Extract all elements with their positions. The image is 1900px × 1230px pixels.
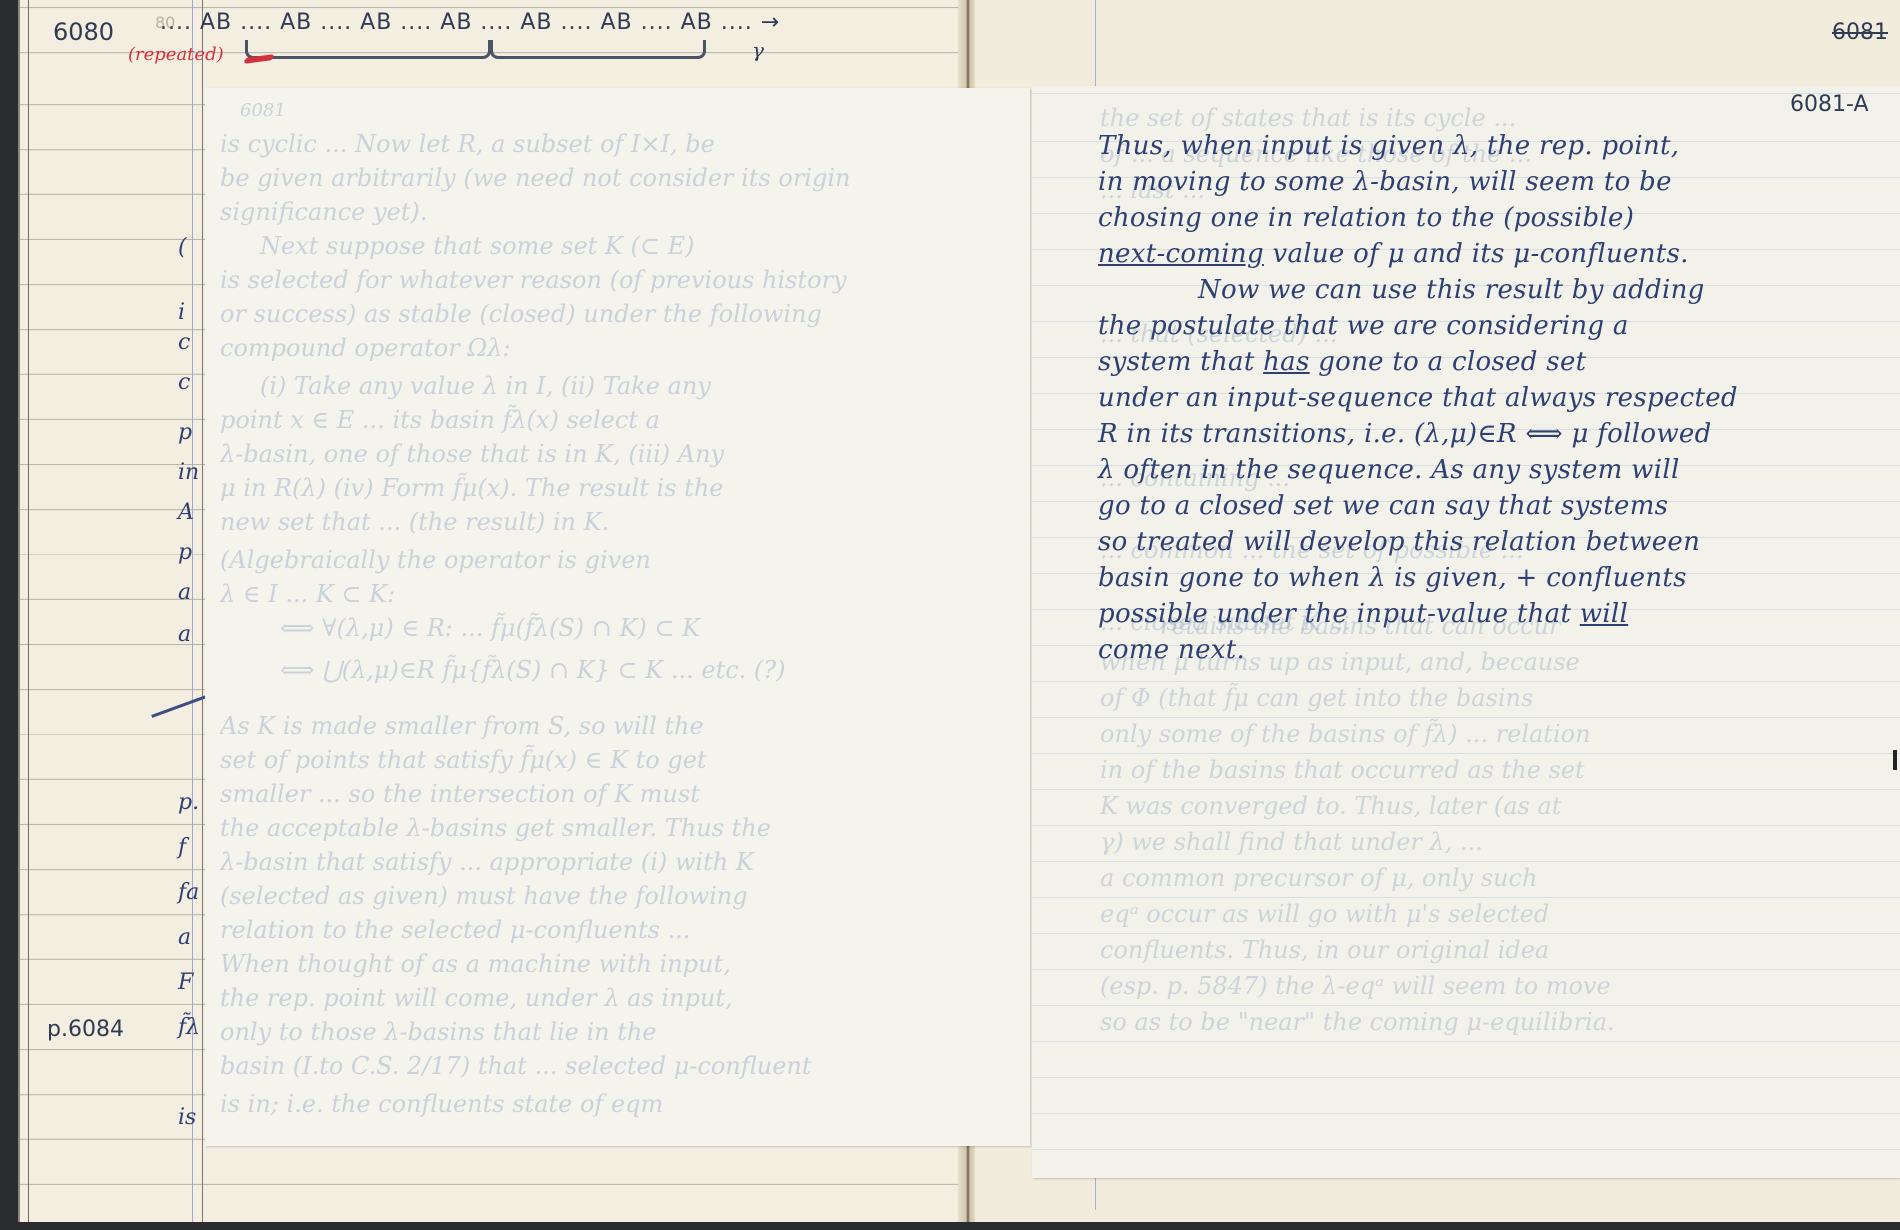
margin-fragment: is xyxy=(178,1105,196,1130)
ghost-line: When thought of as a machine with input, xyxy=(220,950,731,978)
margin-fragment: ( xyxy=(178,235,187,260)
red-repeated-annotation: (repeated) xyxy=(128,44,224,65)
ghost-line: (esp. p. 5847) the λ-eqᵃ will seem to mo… xyxy=(1100,972,1611,1000)
ghost-line: λ-basin, one of those that is in K, (iii… xyxy=(220,440,724,468)
margin-fragment: f xyxy=(178,835,186,860)
left-sheet-bleedthrough-text: 6081 is cyclic ... Now let R, a subset o… xyxy=(220,100,1020,1140)
margin-fragment: a xyxy=(178,925,191,950)
text-line: the postulate that we are considering a xyxy=(1098,308,1888,344)
margin-fragment: a xyxy=(178,580,191,605)
ghost-line: so as to be "near" the coming μ-equilibr… xyxy=(1100,1008,1615,1036)
margin-fragment: c xyxy=(178,370,190,395)
ghost-line: new set that ... (the result) in K. xyxy=(220,508,609,536)
ghost-line: confluents. Thus, in our original idea xyxy=(1100,936,1549,964)
ghost-line: λ ∈ I ... K ⊂ K: xyxy=(220,580,395,608)
ghost-line: is in; i.e. the confluents state of eqm xyxy=(220,1090,663,1118)
ghost-line: set of points that satisfy f̃μ(x) ∈ K to… xyxy=(220,746,707,774)
ghost-line: γ) we shall find that under λ, ... xyxy=(1100,828,1483,856)
ghost-line: (i) Take any value λ in I, (ii) Take any xyxy=(260,372,711,400)
brace-underline-1 xyxy=(245,40,491,59)
ghost-line: a common precursor of μ, only such xyxy=(1100,864,1537,892)
margin-fragment: p xyxy=(178,420,192,445)
margin-fragment: A xyxy=(178,500,194,525)
margin-fragment: in xyxy=(178,460,199,485)
margin-fragment: F xyxy=(178,970,193,995)
ghost-line: or success) as stable (closed) under the… xyxy=(220,300,822,328)
margin-page-reference: p.6084 xyxy=(47,1017,124,1042)
ab-sequence-line: .... AB .... AB .... AB .... AB .... AB … xyxy=(160,10,780,35)
ghost-page-label: 6081 xyxy=(240,100,286,121)
margin-fragment: a xyxy=(178,622,191,647)
ghost-line: is cyclic ... Now let R, a subset of I×I… xyxy=(220,130,715,158)
text-line: λ often in the sequence. As any system w… xyxy=(1098,452,1888,488)
text-span: value of μ and its μ-confluents. xyxy=(1264,239,1689,269)
gamma-label: γ xyxy=(752,38,764,62)
ghost-line: only some of the basins of f̃λ) ... rela… xyxy=(1100,720,1591,748)
margin-fragment: i xyxy=(178,300,185,325)
ghost-line: (Algebraically the operator is given xyxy=(220,546,651,574)
text-line: R in its transitions, i.e. (λ,μ)∈R ⟺ μ f… xyxy=(1098,416,1888,452)
ghost-line: only to those λ-basins that lie in the xyxy=(220,1018,657,1046)
sheet-page-label: 6081-A xyxy=(1790,92,1869,117)
ghost-line: significance yet). xyxy=(220,198,427,226)
ghost-line: the rep. point will come, under λ as inp… xyxy=(220,984,733,1012)
text-line: come next. xyxy=(1098,632,1888,668)
left-page-number: 6080 xyxy=(53,18,114,46)
text-line: under an input-sequence that always resp… xyxy=(1098,380,1888,416)
right-sheet-handwritten-text: Thus, when input is given λ, the rep. po… xyxy=(1098,128,1888,668)
outer-margin-rule xyxy=(28,0,29,1222)
margin-fragment: c xyxy=(178,330,190,355)
ghost-line: λ-basin that satisfy ... appropriate (i)… xyxy=(220,848,754,876)
text-line: so treated will develop this relation be… xyxy=(1098,524,1888,560)
text-line: chosing one in relation to the (possible… xyxy=(1098,200,1888,236)
ghost-line: is selected for whatever reason (of prev… xyxy=(220,266,847,294)
text-span: system that xyxy=(1098,347,1263,377)
margin-fragment: f̃λ xyxy=(178,1015,200,1040)
ghost-line: the acceptable λ-basins get smaller. Thu… xyxy=(220,814,771,842)
underlined-word: will xyxy=(1580,599,1628,629)
text-line: possible under the input-value that will xyxy=(1098,596,1888,632)
text-span: possible under the input-value that xyxy=(1098,599,1580,629)
page-edge-mark xyxy=(1893,750,1897,770)
ghost-line: be given arbitrarily (we need not consid… xyxy=(220,164,850,192)
ghost-line: smaller ... so the intersection of K mus… xyxy=(220,780,700,808)
ghost-line: ⟺ ∀(λ,μ) ∈ R: ... f̃μ(f̃λ(S) ∩ K) ⊂ K xyxy=(280,614,700,642)
ghost-line: (selected as given) must have the follow… xyxy=(220,882,748,910)
margin-fragment: p xyxy=(178,540,192,565)
ghost-line: point x ∈ E ... its basin f̃λ(x) select … xyxy=(220,406,660,434)
ghost-line: compound operator Ωλ: xyxy=(220,334,511,362)
text-line: system that has gone to a closed set xyxy=(1098,344,1888,380)
underlined-word: has xyxy=(1263,347,1310,377)
text-span: gone to a closed set xyxy=(1310,347,1587,377)
inner-margin-rule xyxy=(202,0,203,1222)
ghost-line: eqᵃ occur as will go with μ's selected xyxy=(1100,900,1549,928)
ghost-line: of Φ (that f̃μ can get into the basins xyxy=(1100,684,1533,712)
text-line: go to a closed set we can say that syste… xyxy=(1098,488,1888,524)
ghost-line: relation to the selected μ-confluents ..… xyxy=(220,916,691,944)
ghost-line: K was converged to. Thus, later (as at xyxy=(1100,792,1561,820)
underlined-word: next-coming xyxy=(1098,239,1264,269)
margin-fragment: p. xyxy=(178,790,199,815)
text-line: in moving to some λ-basin, will seem to … xyxy=(1098,164,1888,200)
right-page-number-struck: 6081 xyxy=(1832,20,1888,45)
brace-underline-2 xyxy=(490,40,706,59)
ghost-line: in of the basins that occurred as the se… xyxy=(1100,756,1585,784)
margin-fragment: fa xyxy=(178,880,199,905)
ghost-line: ⟺ ⋃(λ,μ)∈R f̃μ{f̃λ(S) ∩ K} ⊂ K ... etc. … xyxy=(280,656,786,684)
ghost-line: μ in R(λ) (iv) Form f̃μ(x). The result i… xyxy=(220,474,723,502)
ghost-line: As K is made smaller from S, so will the xyxy=(220,712,704,740)
ghost-line: basin (I.to C.S. 2/17) that ... selected… xyxy=(220,1052,812,1080)
text-line: Thus, when input is given λ, the rep. po… xyxy=(1098,128,1888,164)
ghost-line: Next suppose that some set K (⊂ E) xyxy=(260,232,694,260)
text-line: next-coming value of μ and its μ-conflue… xyxy=(1098,236,1888,272)
text-line: basin gone to when λ is given, + conflue… xyxy=(1098,560,1888,596)
text-line: Now we can use this result by adding xyxy=(1098,272,1888,308)
